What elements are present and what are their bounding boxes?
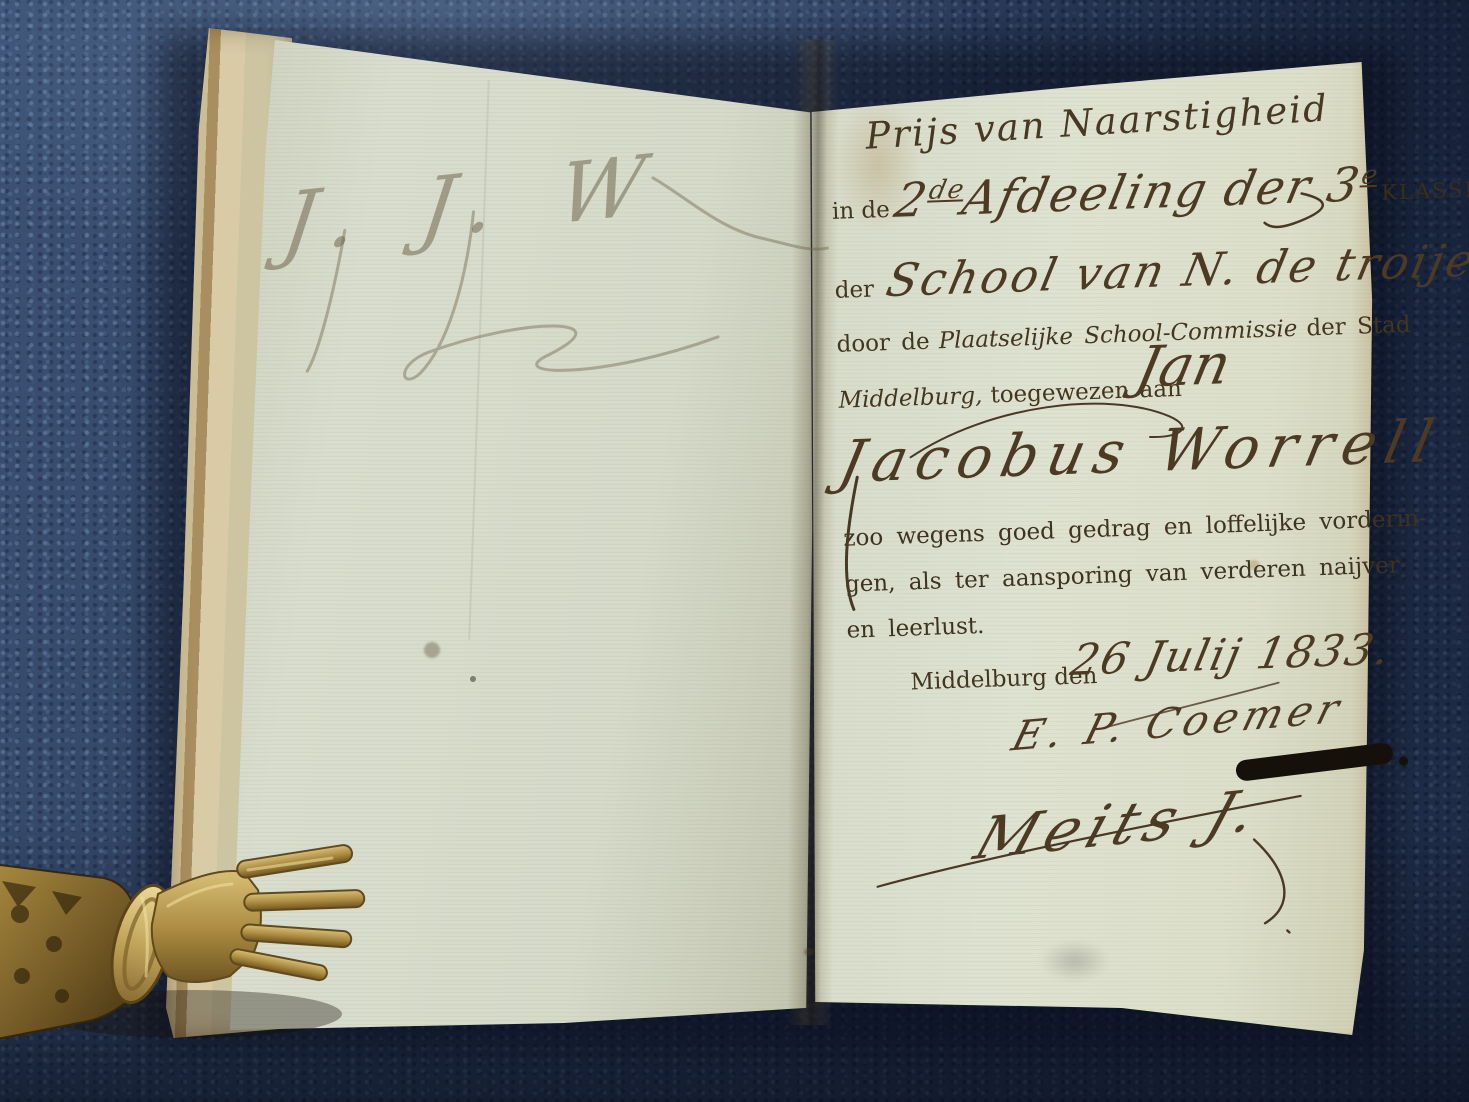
recipient-first-name-handwritten: Jan — [1131, 332, 1237, 401]
middle-finger — [244, 890, 365, 911]
brass-hand-page-holder — [0, 836, 370, 1052]
division-line: in de2deAfdeeling der 3eKLASSE — [831, 153, 1469, 231]
award-seg1: Middelburg, — [838, 383, 983, 414]
date-handwritten: 26 Julij 1833. — [1066, 625, 1395, 687]
signature-2: Meits J. — [966, 775, 1273, 873]
school-prefix: der — [834, 277, 874, 304]
school-line: derSchool van N. de troije, — [834, 233, 1469, 309]
index-finger — [236, 844, 353, 879]
body-line-2: gen, als ter aansporing van verderen nai… — [845, 552, 1401, 597]
commission-line: door de Plaatselijke School-Commissie de… — [836, 312, 1411, 358]
certificate-text-block: Prijs van Naarstigheid in de2deAfdeeling… — [828, 79, 1406, 978]
signature-1: E. P. Coemer — [1007, 684, 1350, 761]
commission-seg3: der Stad — [1306, 312, 1411, 342]
faint-inscription-flourish-strokes — [279, 121, 845, 456]
school-hand-text: School van N. de troije, — [882, 233, 1469, 308]
commission-seg2: Plaatselijke School-Commissie — [938, 316, 1298, 355]
award-line: Middelburg, toegewezen aan — [838, 376, 1182, 414]
body-line-1: zoo wegens goed gedrag en loffelijke vor… — [843, 505, 1427, 551]
pinky-finger — [229, 948, 328, 981]
klasse-label: KLASSE — [1381, 177, 1469, 204]
division-hand-text: Afdeeling der 3 — [957, 157, 1365, 226]
certificate-title: Prijs van Naarstigheid — [864, 87, 1330, 158]
division-prefix: in de — [832, 197, 891, 225]
faint-inscription: J. J. W — [279, 121, 845, 456]
commission-seg1: door de — [836, 329, 930, 358]
photo-of-open-book-on-towel: J. J. W Prijs van Naarstigheid in de2deA… — [0, 0, 1469, 1102]
date-line: Middelburg den — [848, 663, 1098, 698]
ink-blot — [1235, 742, 1394, 782]
body-line-3: en leerlust. — [846, 613, 985, 644]
recipient-name-handwritten: Jacobus Worrell — [833, 407, 1448, 497]
